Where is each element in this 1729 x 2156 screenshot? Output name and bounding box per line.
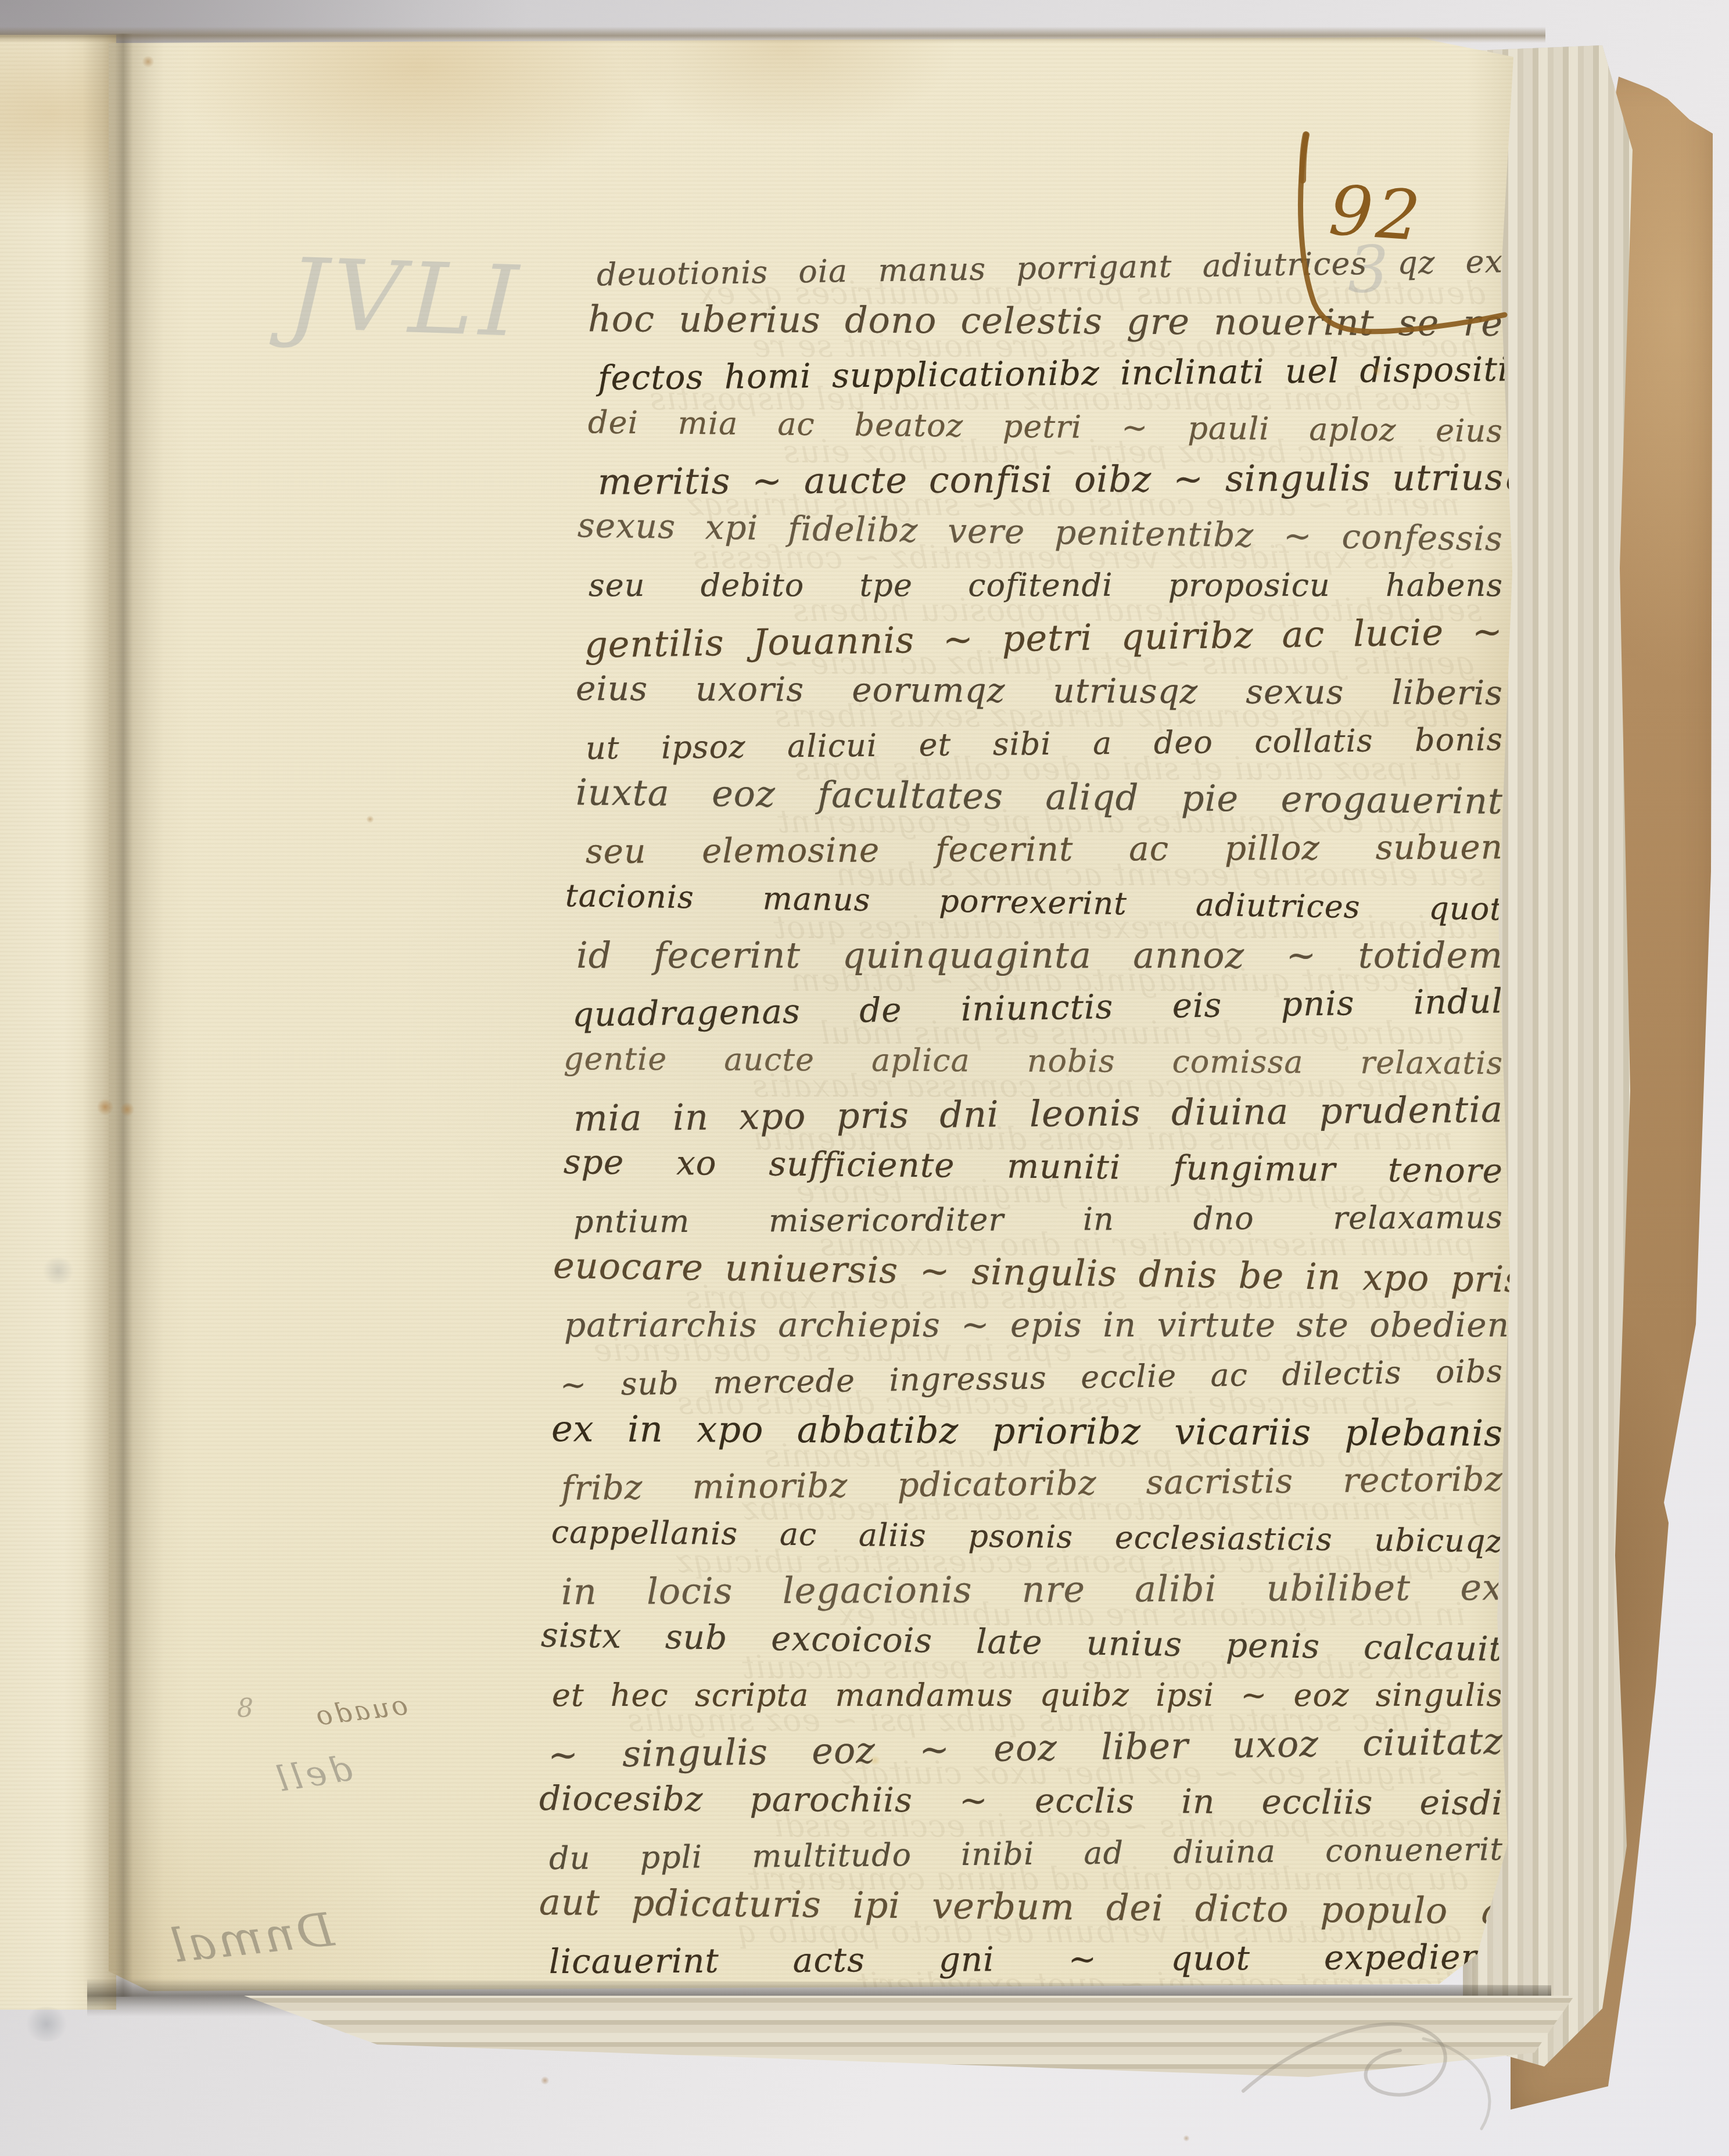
foxing-spot [120,1102,135,1116]
manuscript-line: gentie aucte aplica nobis comissa relaxa… [564,1032,1503,1090]
manuscript-line: in locis legacionis nre alibi ubilibet e… [561,1561,1503,1618]
foxing-spot [1183,2135,1190,2141]
foxing-spot [366,815,374,823]
manuscript-line: ~ sub mercede ingressus ecclie ac dilect… [559,1345,1503,1411]
manuscript-line: mia in xpo pris dni leonis diuina pruden… [573,1083,1504,1145]
scanner-background: deuotionis oia manus porrigant adiutrice… [0,0,1729,2156]
manuscript-line: quadragenas de iniunctis eis pnis indul [572,975,1503,1041]
manuscript-line: pntium misericorditer in dno relaxamus [573,1191,1503,1248]
manuscript-text-block: deuotionis oia manus porrigant adiutrice… [579,242,1532,1986]
foxing-spot [1371,365,1384,376]
manuscript-line: euocare uniuersis ~ singulis dnis be in … [553,1239,1503,1306]
foxing-spot [540,2076,550,2085]
manuscript-line: dei mia ac beatoz petri ~ pauli aploz ei… [588,396,1504,457]
manuscript-line: sistx sub excoicois late unius penis cal… [540,1609,1503,1676]
manuscript-line: seu elemosine fecerint ac pilloz subuen [586,821,1503,878]
manuscript-line: aut pdicaturis ipi verbum dei dicto popu… [539,1875,1504,1938]
manuscript-line: ex in xpo abbatibz prioribz vicariis ple… [551,1402,1503,1460]
smudge-spot [41,1257,76,1284]
manuscript-line: diocesibz parochiis ~ ecclis in eccliis … [539,1772,1503,1830]
manuscript-line: gentilis Jouannis ~ petri quiribz ac luc… [584,605,1503,671]
foxing-spot [142,56,155,67]
page-top-edge [0,27,1545,43]
manuscript-line: tacionis manus porrexerint adiutrices qu… [565,869,1503,936]
manuscript-line: spe xo sufficiente muniti fungimur tenor… [564,1136,1504,1198]
manuscript-line: meritis ~ aucte confisi oibz ~ singulis … [598,451,1503,508]
manuscript-line: ut ipsoz alicui et sibi a deo collatis b… [586,713,1504,774]
manuscript-line: eius uxoris eorumqz utriusqz sexus liber… [576,662,1503,720]
manuscript-line: fribz minoribz pdicatoribz sacristis rec… [561,1453,1504,1515]
manuscript-line: cappellanis ac aliis psonis ecclesiastic… [551,1505,1504,1568]
manuscript-line: sexus xpi fidelibz vere penitentibz ~ co… [577,499,1503,565]
pencil-flourish [1232,1969,1534,2143]
manuscript-line: iuxta eoz facultates aliqd pie erogaueri… [576,766,1504,828]
manuscript-line: du ppli multitudo inibi ad diuina conuen… [549,1823,1504,1885]
foxing-spot [869,1755,881,1766]
manuscript-line: et hec scripta mandamus quibz ipsi ~ eoz… [552,1669,1503,1722]
folio-mark: 92 3 [1261,110,1551,366]
manuscript-line: ~ singulis eoz ~ eoz liber uxoz ciuitatz [547,1715,1503,1781]
smudge-spot [23,2007,70,2042]
foxing-spot [96,1099,114,1115]
manuscript-line: seu debito tpe cofitendi proposicu haben… [589,559,1503,612]
manuscript-line: patriarchis archiepis ~ epis in virtute … [564,1299,1503,1352]
binding-gutter-shadow [82,34,164,1997]
folio-pencil-ghost: 3 [1348,232,1389,307]
manuscript-line: id fecerint quinquaginta annoz ~ totidem [576,929,1503,982]
